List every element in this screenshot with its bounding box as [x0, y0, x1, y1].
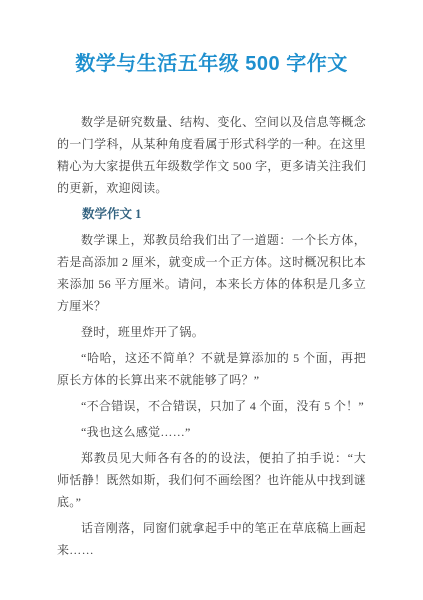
body-paragraph: “我也这么感觉……”: [57, 421, 366, 443]
document-page: 数学与生活五年级 500 字作文 数学是研究数量、结构、变化、空间以及信息等概念…: [0, 0, 423, 600]
body-paragraph: 数学课上，郑教员给我们出了一道题：一个长方体，若是高添加 2 厘米，就变成一个正…: [57, 229, 366, 317]
body-paragraph: 郑教员见大师各有各的的设法，便拍了拍手说：“大师恬静！既然如斯，我们何不画绘图？…: [57, 447, 366, 513]
section-heading: 数学作文 1: [57, 203, 366, 225]
intro-paragraph: 数学是研究数量、结构、变化、空间以及信息等概念的一门学科，从某种角度看属于形式科…: [57, 111, 366, 199]
body-paragraph: 登时，班里炸开了锅。: [57, 321, 366, 343]
document-title: 数学与生活五年级 500 字作文: [57, 49, 366, 79]
body-paragraph: 话音刚落，同窗们就拿起手中的笔正在草底稿上画起来……: [57, 517, 366, 561]
body-paragraph: “不合错误，不合错误，只加了 4 个面，没有 5 个！”: [57, 395, 366, 417]
body-paragraph: “哈哈，这还不简单？不就是算添加的 5 个面，再把原长方体的长算出来不就能够了吗…: [57, 347, 366, 391]
